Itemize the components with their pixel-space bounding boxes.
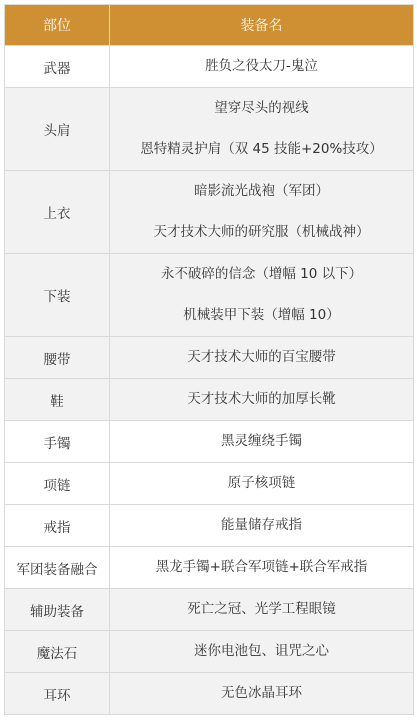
equipment-cell: 天才技术大师的百宝腰带 — [110, 337, 414, 379]
header-slot: 部位 — [5, 5, 110, 46]
equipment-cell: 黑灵缠绕手镯 — [110, 421, 414, 463]
equipment-name: 胜负之役太刀-鬼泣 — [110, 46, 413, 87]
equipment-cell: 胜负之役太刀-鬼泣 — [110, 46, 414, 88]
table-row-bottom: 下装 永不破碎的信念（增幅 10 以下） 机械装甲下装（增幅 10） — [5, 254, 414, 337]
slot-cell: 耳环 — [5, 673, 110, 715]
slot-cell: 辅助装备 — [5, 589, 110, 631]
table-row-top: 上衣 暗影流光战袍（军团） 天才技术大师的研究服（机械战神） — [5, 171, 414, 254]
equipment-name: 天才技术大师的百宝腰带 — [110, 337, 413, 378]
equipment-name: 天才技术大师的加厚长靴 — [110, 379, 413, 420]
equipment-cell: 黑龙手镯+联合军项链+联合军戒指 — [110, 547, 414, 589]
table-row-necklace: 项链 原子核项链 — [5, 463, 414, 505]
equipment-name: 原子核项链 — [110, 463, 413, 504]
equipment-table: 部位 装备名 武器 胜负之役太刀-鬼泣 头肩 望穿尽头的视线 恩特精灵护肩（双 … — [4, 4, 414, 715]
table-row-bracelet: 手镯 黑灵缠绕手镯 — [5, 421, 414, 463]
equipment-name: 黑灵缠绕手镯 — [110, 421, 413, 462]
equipment-cell: 原子核项链 — [110, 463, 414, 505]
equipment-name: 无色冰晶耳环 — [110, 673, 413, 714]
slot-cell: 戒指 — [5, 505, 110, 547]
table-row-ring: 戒指 能量储存戒指 — [5, 505, 414, 547]
table-row-belt: 腰带 天才技术大师的百宝腰带 — [5, 337, 414, 379]
equipment-name: 天才技术大师的研究服（机械战神） — [110, 212, 413, 253]
equipment-name: 机械装甲下装（增幅 10） — [110, 295, 413, 336]
slot-cell: 军团装备融合 — [5, 547, 110, 589]
equipment-cell: 天才技术大师的加厚长靴 — [110, 379, 414, 421]
equipment-name: 能量储存戒指 — [110, 505, 413, 546]
equipment-table-container: 部位 装备名 武器 胜负之役太刀-鬼泣 头肩 望穿尽头的视线 恩特精灵护肩（双 … — [4, 4, 413, 715]
slot-cell: 腰带 — [5, 337, 110, 379]
equipment-cell: 永不破碎的信念（增幅 10 以下） 机械装甲下装（增幅 10） — [110, 254, 414, 337]
header-equipment: 装备名 — [110, 5, 414, 46]
table-row-earring: 耳环 无色冰晶耳环 — [5, 673, 414, 715]
equipment-name: 死亡之冠、光学工程眼镜 — [110, 589, 413, 630]
slot-cell: 头肩 — [5, 88, 110, 171]
equipment-name: 永不破碎的信念（增幅 10 以下） — [110, 254, 413, 295]
table-row-weapon: 武器 胜负之役太刀-鬼泣 — [5, 46, 414, 88]
slot-cell: 手镯 — [5, 421, 110, 463]
table-row-magic-stone: 魔法石 迷你电池包、诅咒之心 — [5, 631, 414, 673]
slot-cell: 下装 — [5, 254, 110, 337]
slot-cell: 上衣 — [5, 171, 110, 254]
equipment-name: 望穿尽头的视线 — [110, 88, 413, 129]
table-body: 武器 胜负之役太刀-鬼泣 头肩 望穿尽头的视线 恩特精灵护肩（双 45 技能+2… — [5, 46, 414, 715]
slot-cell: 鞋 — [5, 379, 110, 421]
equipment-cell: 暗影流光战袍（军团） 天才技术大师的研究服（机械战神） — [110, 171, 414, 254]
table-row-shoulder: 头肩 望穿尽头的视线 恩特精灵护肩（双 45 技能+20%技攻） — [5, 88, 414, 171]
table-header: 部位 装备名 — [5, 5, 414, 46]
equipment-cell: 迷你电池包、诅咒之心 — [110, 631, 414, 673]
equipment-name: 迷你电池包、诅咒之心 — [110, 631, 413, 672]
slot-cell: 魔法石 — [5, 631, 110, 673]
equipment-name: 暗影流光战袍（军团） — [110, 171, 413, 212]
equipment-cell: 能量储存戒指 — [110, 505, 414, 547]
equipment-name: 黑龙手镯+联合军项链+联合军戒指 — [110, 547, 413, 588]
equipment-cell: 死亡之冠、光学工程眼镜 — [110, 589, 414, 631]
slot-cell: 武器 — [5, 46, 110, 88]
table-row-legion-fusion: 军团装备融合 黑龙手镯+联合军项链+联合军戒指 — [5, 547, 414, 589]
slot-cell: 项链 — [5, 463, 110, 505]
equipment-cell: 望穿尽头的视线 恩特精灵护肩（双 45 技能+20%技攻） — [110, 88, 414, 171]
equipment-name: 恩特精灵护肩（双 45 技能+20%技攻） — [110, 129, 413, 170]
header-row: 部位 装备名 — [5, 5, 414, 46]
equipment-cell: 无色冰晶耳环 — [110, 673, 414, 715]
table-row-shoes: 鞋 天才技术大师的加厚长靴 — [5, 379, 414, 421]
table-row-support: 辅助装备 死亡之冠、光学工程眼镜 — [5, 589, 414, 631]
